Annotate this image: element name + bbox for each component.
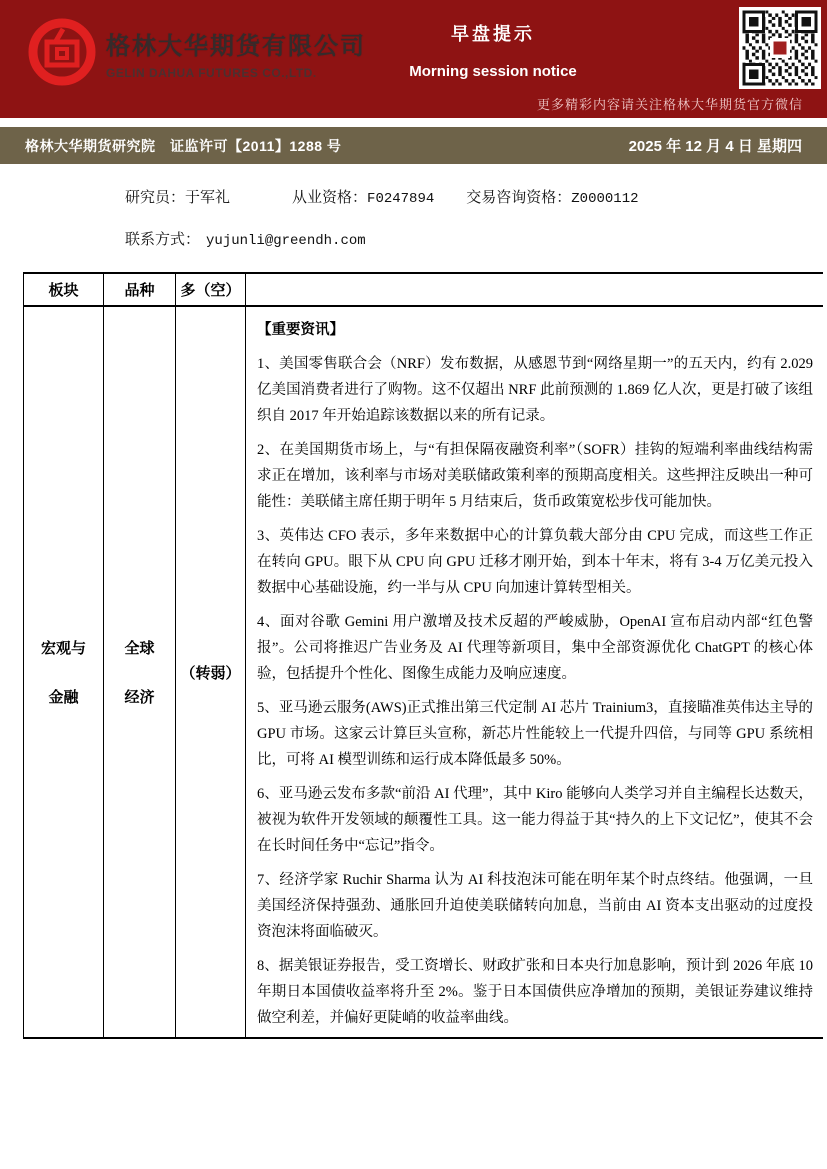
sector-line: 金融 <box>48 686 78 707</box>
header-variety: 品种 <box>104 274 176 305</box>
sector-cell: 宏观与 金融 <box>24 307 104 1037</box>
content-cell: 【重要资讯】 1、美国零售联合会（NRF）发布数据，从感恩节到“网络星期一”的五… <box>246 307 823 1037</box>
news-item: 5、亚马逊云服务(AWS)正式推出第三代定制 AI 芯片 Trainium3，直… <box>257 695 813 773</box>
notice-title-cn: 早盘提示 <box>403 20 583 46</box>
company-logo-icon <box>26 16 98 88</box>
news-item: 4、面对谷歌 Gemini 用户激增及技术反超的严峻威胁，OpenAI 宣布启动… <box>257 609 813 687</box>
advisory-label: 交易咨询资格： <box>466 190 571 206</box>
notice-title-en: Morning session notice <box>403 63 583 80</box>
wechat-qr-code <box>739 7 821 89</box>
cert-label: 从业资格： <box>292 190 367 206</box>
advisory-number: Z0000112 <box>571 191 638 207</box>
position-cell: （转弱） <box>176 307 246 1037</box>
position-value: （转弱） <box>180 662 240 683</box>
notice-title-block: 早盘提示 Morning session notice <box>403 20 583 80</box>
variety-cell: 全球 经济 <box>104 307 176 1037</box>
cert-number: F0247894 <box>367 191 434 207</box>
license-date-bar: 格林大华期货研究院 证监许可【2011】1288 号 2025 年 12 月 4… <box>0 127 827 164</box>
researcher-info-row: 研究员：于军礼从业资格：F0247894交易咨询资格：Z0000112 <box>125 186 639 207</box>
header-content <box>246 274 823 305</box>
company-name-block: 格林大华期货有限公司 GELIN DAHUA FUTURES CO.,LTD. <box>106 26 366 80</box>
section-title: 【重要资讯】 <box>257 317 813 343</box>
news-item: 6、亚马逊云发布多款“前沿 AI 代理”，其中 Kiro 能够向人类学习并自主编… <box>257 781 813 859</box>
news-item: 3、英伟达 CFO 表示，多年来数据中心的计算负载大部分由 CPU 完成，而这些… <box>257 523 813 601</box>
masthead: 格林大华期货有限公司 GELIN DAHUA FUTURES CO.,LTD. … <box>0 0 827 118</box>
contact-info-row: 联系方式：yujunli@greendh.com <box>125 228 366 249</box>
news-item: 7、经济学家 Ruchir Sharma 认为 AI 科技泡沫可能在明年某个时点… <box>257 867 813 945</box>
variety-line: 全球 <box>124 637 154 658</box>
table-header-row: 板块 品种 多（空） <box>23 274 823 307</box>
news-item: 8、据美银证券报告，受工资增长、财政扩张和日本央行加息影响，预计到 2026 年… <box>257 953 813 1031</box>
researcher-label: 研究员： <box>125 190 185 206</box>
table-row: 宏观与 金融 全球 经济 （转弱） 【重要资讯】 1、美国零售联合会（NRF）发… <box>23 307 823 1039</box>
research-institute-license: 格林大华期货研究院 证监许可【2011】1288 号 <box>25 136 341 156</box>
company-name-cn: 格林大华期货有限公司 <box>106 26 366 61</box>
contact-label: 联系方式： <box>125 232 200 248</box>
news-item: 1、美国零售联合会（NRF）发布数据，从感恩节到“网络星期一”的五天内，约有 2… <box>257 351 813 429</box>
researcher-name: 于军礼 <box>185 190 230 206</box>
company-name-en: GELIN DAHUA FUTURES CO.,LTD. <box>106 66 366 80</box>
variety-line: 经济 <box>124 686 154 707</box>
wechat-follow-tip: 更多精彩内容请关注格林大华期货官方微信 <box>537 94 803 113</box>
sector-line: 宏观与 <box>41 637 86 658</box>
news-item: 2、在美国期货市场上，与“有担保隔夜融资利率”（SOFR）挂钩的短端利率曲线结构… <box>257 437 813 515</box>
report-date: 2025 年 12 月 4 日 星期四 <box>629 135 802 156</box>
header-sector: 板块 <box>24 274 104 305</box>
header-position: 多（空） <box>176 274 246 305</box>
notice-table: 板块 品种 多（空） 宏观与 金融 全球 经济 （转弱） 【重要资讯】 1、美国… <box>23 272 823 1039</box>
contact-email: yujunli@greendh.com <box>206 233 366 249</box>
morning-notice-page: 格林大华期货有限公司 GELIN DAHUA FUTURES CO.,LTD. … <box>0 0 827 1169</box>
